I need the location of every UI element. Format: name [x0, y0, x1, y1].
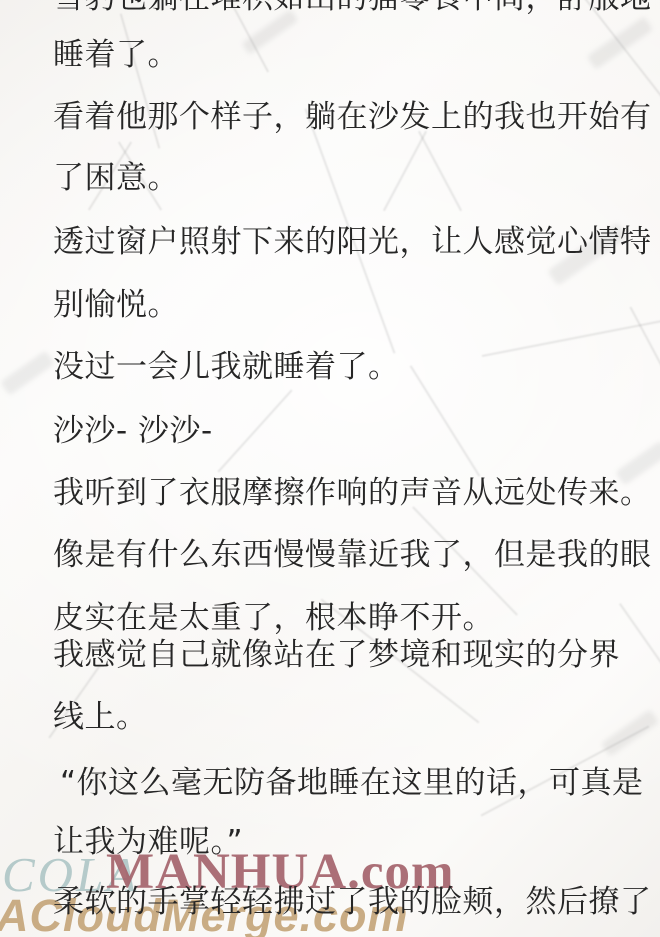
crease-line — [383, 131, 427, 211]
text-line: 别愉悦。 — [53, 287, 179, 323]
text-line: 睡着了。 — [53, 37, 179, 73]
crease-line — [217, 389, 292, 472]
text-line: 皮实在是太重了，根本睁不开。 — [53, 600, 494, 636]
watermark-smudge — [587, 16, 654, 69]
text-line: 透过窗户照射下来的阳光，让人感觉心情特 — [53, 224, 652, 260]
crease-line — [410, 365, 481, 476]
watermark-smudge — [601, 709, 659, 757]
text-line: 柔软的手掌轻轻拂过了我的脸颊，然后撩了 — [53, 884, 652, 920]
crease-line — [619, 603, 660, 719]
text-line: 看着他那个样子，躺在沙发上的我也开始有 — [53, 99, 652, 135]
text-line: “你这么毫无防备地睡在这里的话，可真是 — [60, 765, 644, 801]
text-line: 像是有什么东西慢慢靠近我了，但是我的眼 — [53, 537, 652, 573]
text-line: 没过一会儿我就睡着了。 — [53, 349, 400, 385]
crease-line — [418, 131, 462, 211]
crease-line — [482, 315, 660, 357]
watermark-smudge — [0, 351, 54, 396]
text-line: 让我为难呢。” — [53, 824, 243, 860]
text-line: 雪豹也躺在堆积如山的猫零食中间，舒服地 — [53, 0, 652, 16]
text-line: 我听到了衣服摩擦作响的声音从远处传来。 — [53, 475, 652, 511]
text-line: 我感觉自己就像站在了梦境和现实的分界 — [53, 637, 620, 673]
text-line: 了困意。 — [53, 160, 179, 196]
novel-text-page: COLA MANHUA.com ACloudMerge.com 雪豹也躺在堆积如… — [0, 0, 660, 937]
text-line: 沙沙- 沙沙- — [53, 413, 213, 449]
text-line: 线上。 — [53, 699, 148, 735]
